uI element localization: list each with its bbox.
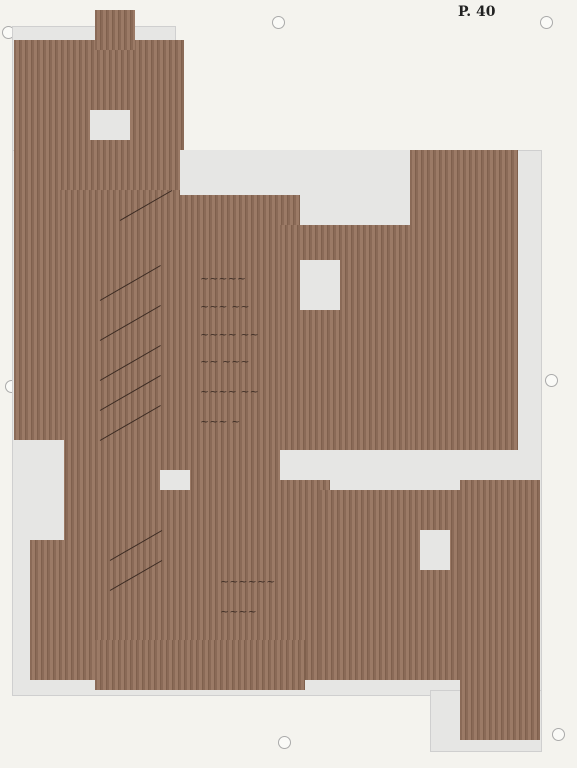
mount-hole [272, 16, 285, 29]
page-label: P. 40 [458, 4, 495, 20]
mount-hole [552, 728, 565, 741]
mount-hole [540, 16, 553, 29]
mount-hole [278, 736, 291, 749]
mount-hole [545, 374, 558, 387]
